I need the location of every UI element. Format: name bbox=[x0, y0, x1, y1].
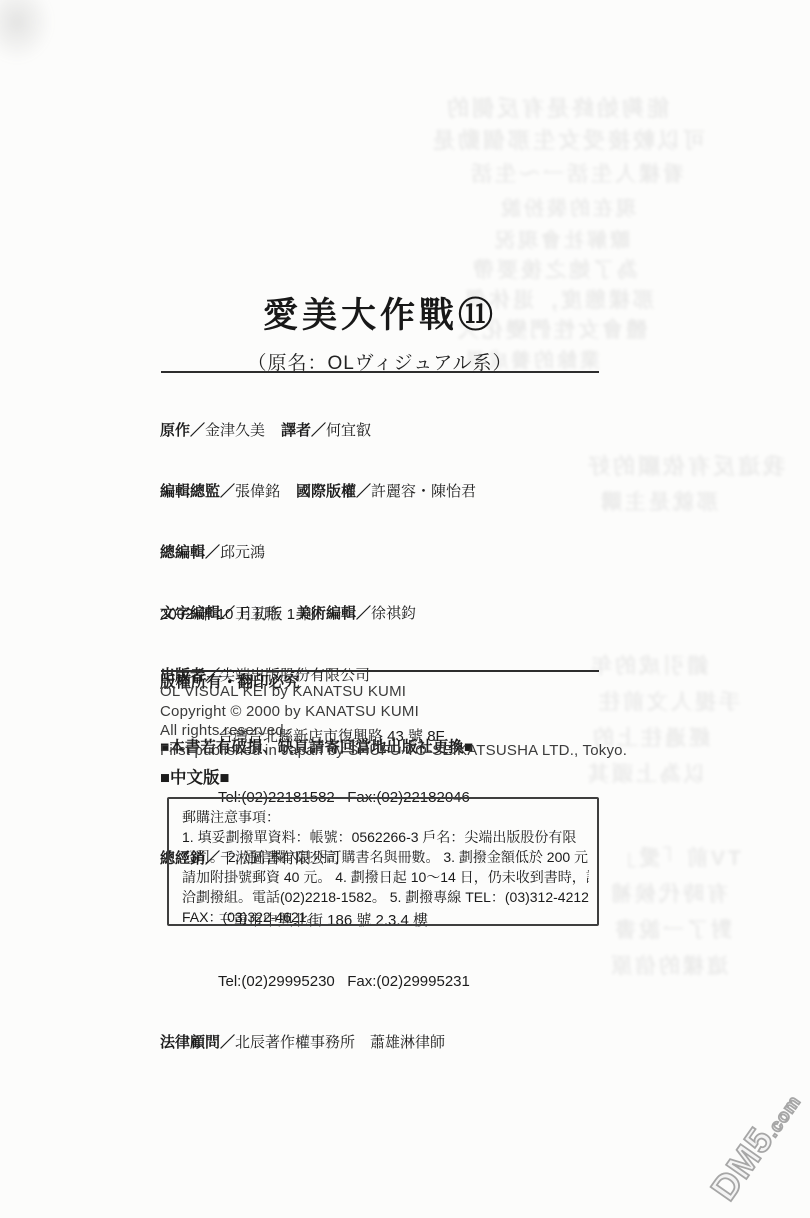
showthrough-text: TV前「愛」 bbox=[612, 842, 741, 872]
scan-smudge bbox=[0, 0, 52, 62]
showthrough-text: 我這反有依願的好 bbox=[585, 450, 785, 481]
showthrough-text: 看樣人生活一～生活 bbox=[468, 158, 684, 188]
showthrough-text: 對了一說書 bbox=[612, 914, 732, 944]
order-box-title: 郵購注意事項： bbox=[182, 807, 589, 827]
distributor-phone: Tel:(02)29995230 Fax:(02)29995231 bbox=[160, 972, 476, 992]
credit-value: 金津久美 bbox=[205, 422, 265, 439]
credit-label: 編輯總監／ bbox=[160, 483, 235, 500]
showthrough-text: 可以較接受女生那個動是 bbox=[430, 124, 705, 155]
showthrough-text: 錯引成的年 bbox=[588, 650, 708, 680]
mail-order-notice-box: 郵購注意事項： 1. 填妥劃撥單資料：帳號：0562266-3 戶名：尖端出版股… bbox=[167, 797, 599, 926]
showthrough-text: 現在的裝扮說 bbox=[498, 192, 636, 221]
order-box-line2: 公司。 2. 通信欄內註明訂購書名與冊數。 3. 劃撥金額低於 200 元， bbox=[182, 847, 589, 867]
credit-label: 國際版權／ bbox=[296, 483, 371, 500]
edition-date: 2002 年 10 月初版 1 刷 bbox=[160, 603, 314, 624]
order-box-line5: FAX：(03)322-4621。 bbox=[182, 907, 589, 927]
credit-label: 原作／ bbox=[160, 422, 205, 439]
showthrough-text: 瞭解社會現況 bbox=[492, 224, 630, 253]
showthrough-text: 那就是主購 bbox=[598, 486, 718, 516]
title-block: 愛美大作戰⑪ （原名：OLヴィジュアル系） bbox=[158, 288, 602, 375]
watermark-suffix: .com bbox=[762, 1091, 805, 1140]
credit-value: 何宜叡 bbox=[326, 422, 371, 439]
order-box-line4: 洽劃撥組。電話(02)2218-1582。 5. 劃撥專線 TEL：(03)31… bbox=[182, 887, 589, 907]
credit-value: 張偉銘 bbox=[235, 483, 280, 500]
divider-middle bbox=[161, 670, 599, 672]
phone-text: Tel:(02)29995230 Fax:(02)29995231 bbox=[218, 973, 470, 990]
credit-line-legal: 法律顧問／北辰著作權事務所 蕭雄淋律師 bbox=[160, 1033, 476, 1053]
credit-value: 徐祺鈞 bbox=[371, 605, 416, 622]
showthrough-text: 以為上頭其 bbox=[585, 758, 705, 788]
credit-label: 法律顧問／ bbox=[160, 1034, 235, 1051]
divider-top bbox=[161, 371, 599, 373]
english-title-line: OL VISUAL KEI by KANATSU KUMI bbox=[160, 682, 627, 702]
credit-line-chief-editor: 總編輯／邱元鴻 bbox=[160, 543, 476, 563]
credit-line-editors: 編輯總監／張偉銘國際版權／許麗容・陳怡君 bbox=[160, 482, 476, 502]
showthrough-text: 為了她之後要帶 bbox=[470, 254, 638, 284]
showthrough-text: 能夠始終是有反側的 bbox=[444, 92, 669, 123]
english-first-published-line: First published in Japan by SHUFU-TO-SEI… bbox=[160, 741, 627, 761]
dm5-watermark: DM5.com bbox=[702, 1082, 808, 1209]
credit-value: 北辰著作權事務所 蕭雄淋律師 bbox=[235, 1034, 445, 1051]
credit-label: 總編輯／ bbox=[160, 544, 220, 561]
order-box-line3: 請加附掛號郵資 40 元。 4. 劃撥日起 10～14 日，仍未收到書時，請 bbox=[182, 867, 589, 887]
showthrough-text: 這樣的信原 bbox=[608, 950, 728, 980]
showthrough-text: 有時代候補 bbox=[608, 878, 728, 908]
english-rights-line: All rights reserved. bbox=[160, 721, 627, 741]
book-title: 愛美大作戰⑪ bbox=[158, 288, 602, 338]
credit-value: 許麗容・陳怡君 bbox=[371, 483, 476, 500]
credit-line-author: 原作／金津久美譯者／何宜叡 bbox=[160, 421, 476, 441]
colophon-page: 能夠始終是有反側的 可以較接受女生那個動是 看樣人生活一～生活 現在的裝扮說 瞭… bbox=[0, 0, 810, 1218]
english-copyright-block: OL VISUAL KEI by KANATSU KUMI Copyright … bbox=[160, 682, 627, 760]
english-copyright-line: Copyright © 2000 by KANATSU KUMI bbox=[160, 702, 627, 722]
credit-value: 邱元鴻 bbox=[220, 544, 265, 561]
credit-label: 譯者／ bbox=[281, 422, 326, 439]
order-box-line1: 1. 填妥劃撥單資料：帳號：0562266-3 戶名：尖端出版股份有限 bbox=[182, 827, 589, 847]
chinese-edition-mark: ■中文版■ bbox=[160, 764, 229, 788]
